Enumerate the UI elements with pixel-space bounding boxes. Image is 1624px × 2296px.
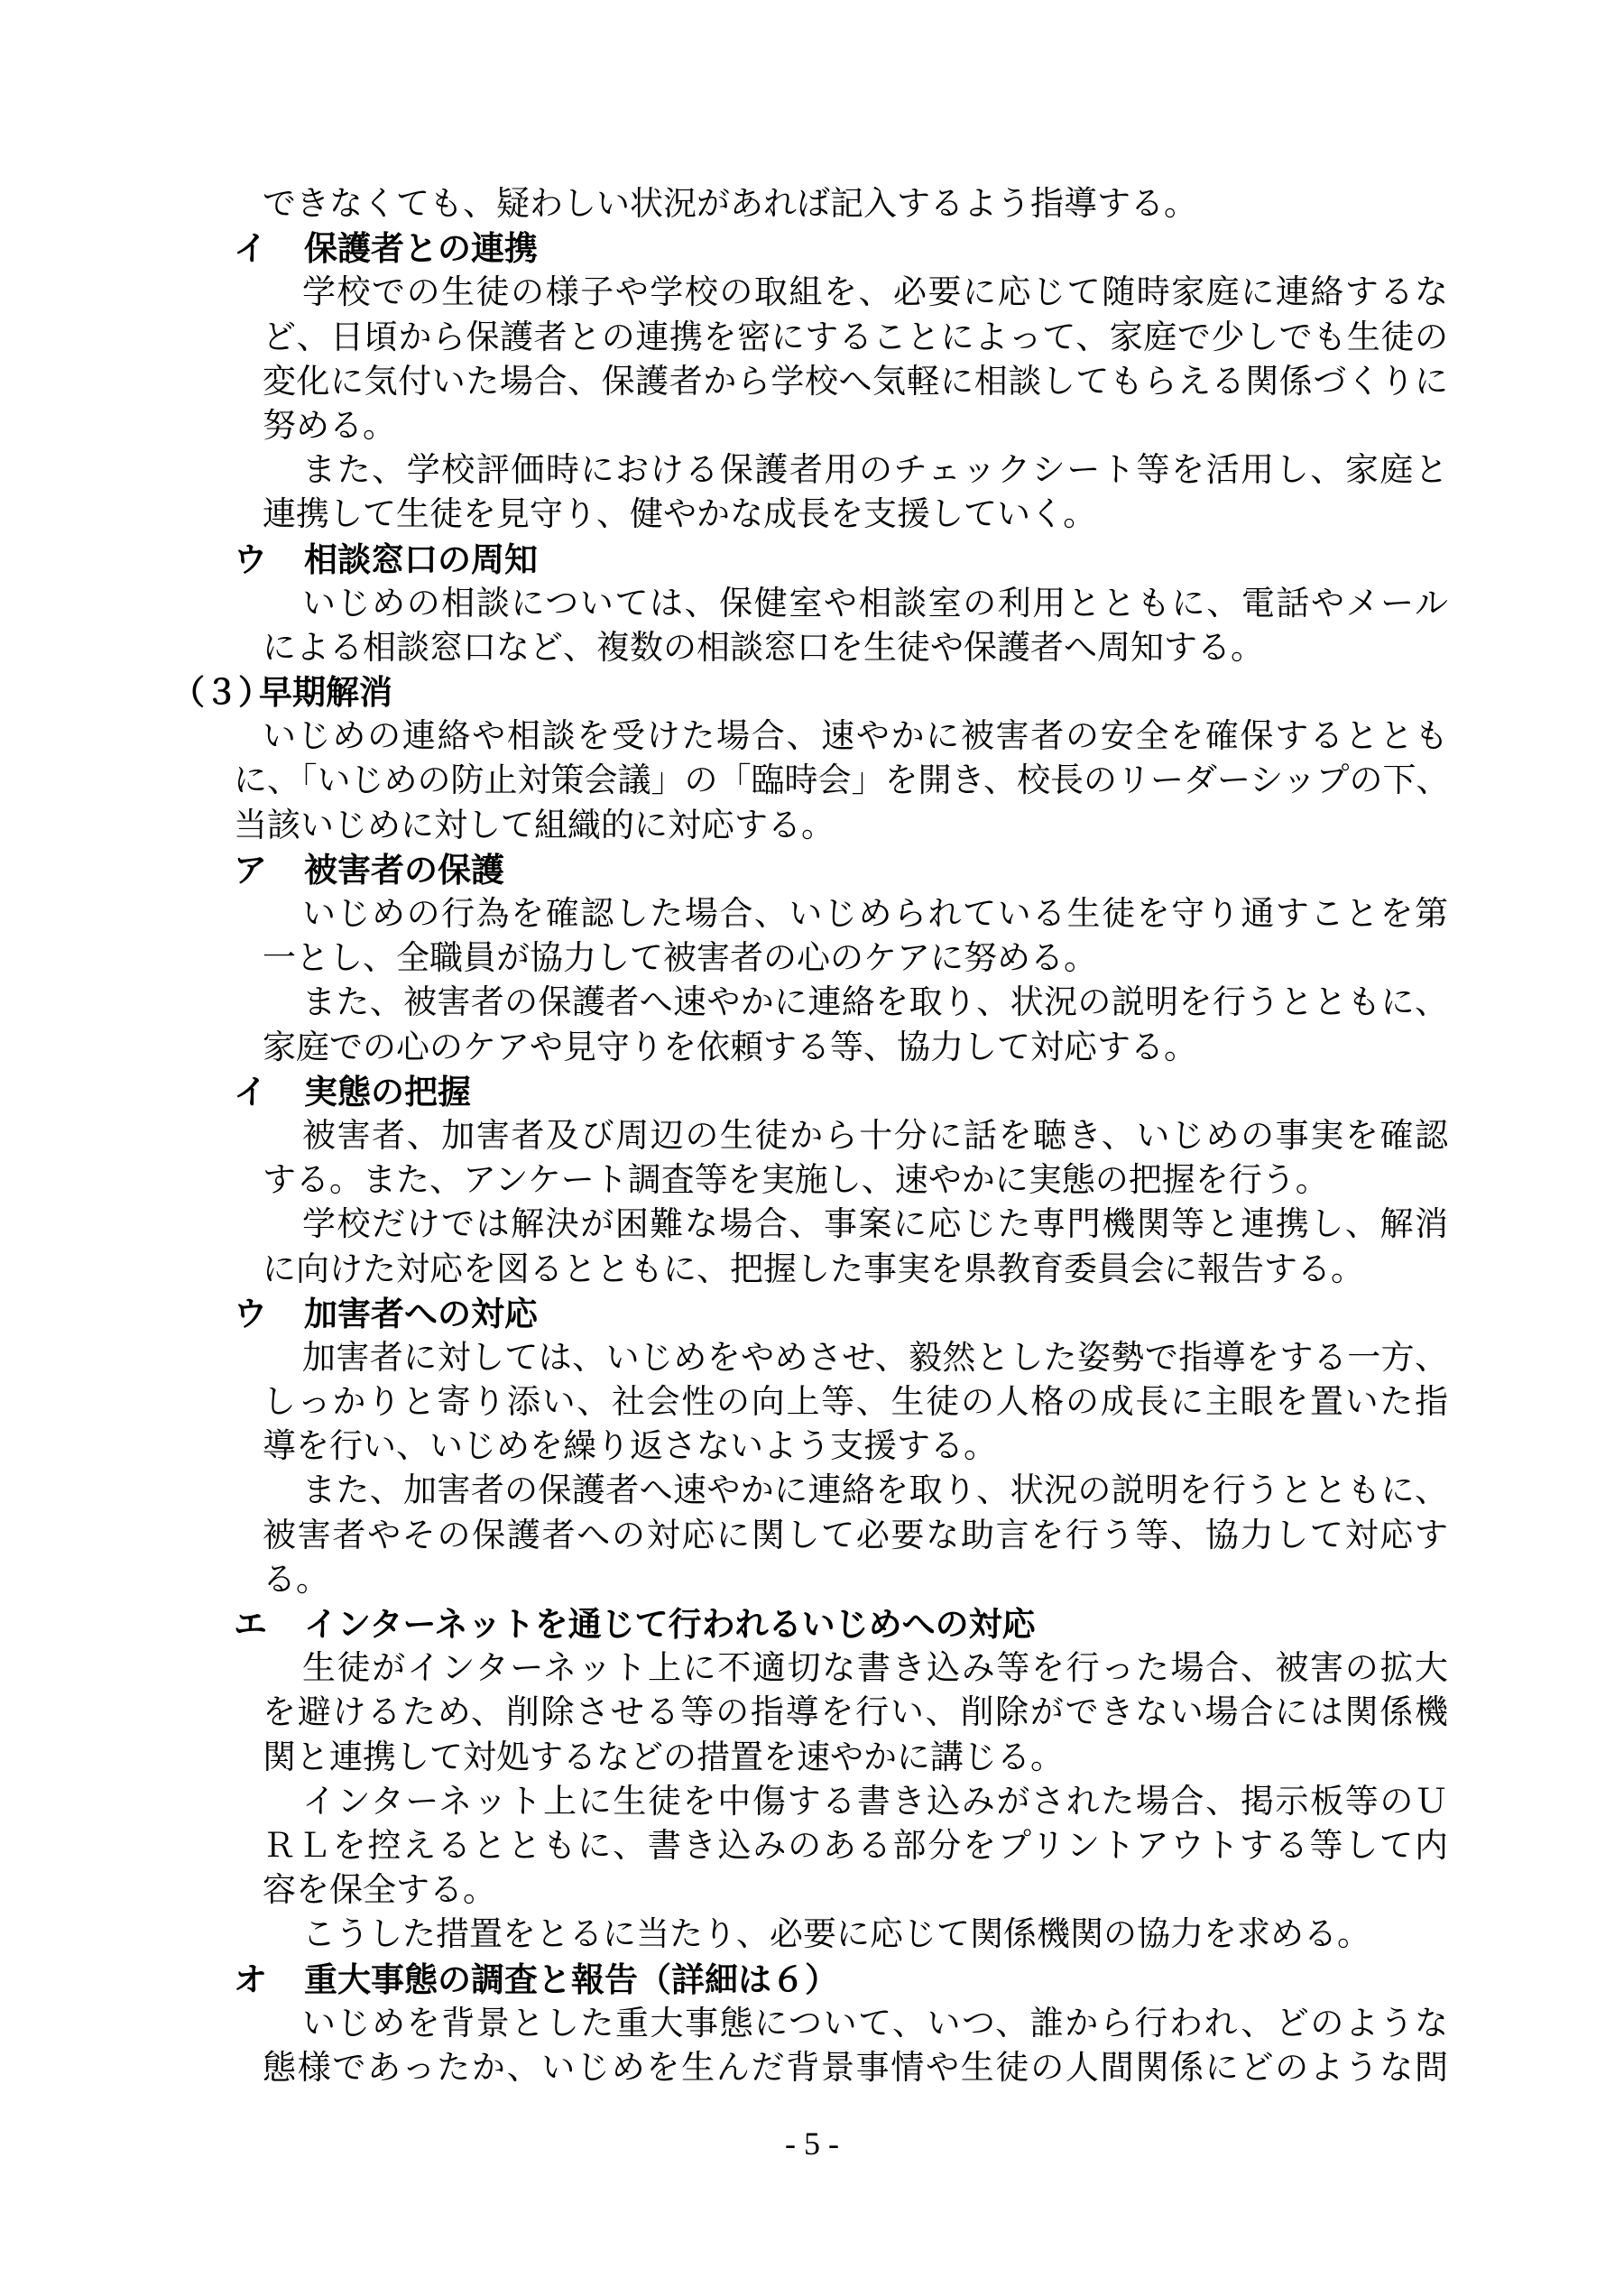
text-line: 学校だけでは解決が困難な場合、事案に応じた専門機関等と連携し、解消: [0, 1203, 1448, 1247]
heading-label: ウ: [234, 1292, 304, 1336]
text-line: 被害者、加害者及び周辺の生徒から十分に話を聴き、いじめの事実を確認: [0, 1114, 1448, 1158]
text-line: 生徒がインターネット上に不適切な書き込み等を行った場合、被害の拡大: [0, 1646, 1448, 1691]
heading-label: ア: [234, 848, 304, 892]
heading-title: 相談窓口の周知: [304, 541, 538, 578]
text-line: 関と連携して対処するなどの措置を速やかに講じる。: [0, 1736, 1448, 1780]
heading-line: ウ加害者への対応: [0, 1292, 1448, 1336]
text-line: いじめを背景とした重大事態について、いつ、誰から行われ、どのような: [0, 2002, 1448, 2046]
heading-line: イ保護者との連携: [0, 226, 1448, 271]
heading-label: エ: [234, 1602, 304, 1646]
page-number: - 5 -: [0, 2122, 1624, 2166]
text-line: に、「いじめの防止対策会議」の「臨時会」を開き、校長のリーダーシップの下、: [0, 759, 1448, 803]
heading-line: ア被害者の保護: [0, 848, 1448, 892]
text-line: に向けた対応を図るとともに、把握した事実を県教育委員会に報告する。: [0, 1248, 1448, 1292]
text-line: による相談窓口など、複数の相談窓口を生徒や保護者へ周知する。: [0, 626, 1448, 670]
document-body: できなくても、疑わしい状況があれば記入するよう指導する。イ保護者との連携学校での…: [0, 182, 1448, 2090]
text-line: ＲＬを控えるとともに、書き込みのある部分をプリントアウトする等して内: [0, 1824, 1448, 1868]
text-line: する。また、アンケート調査等を実施し、速やかに実態の把握を行う。: [0, 1158, 1448, 1203]
document-page: できなくても、疑わしい状況があれば記入するよう指導する。イ保護者との連携学校での…: [0, 0, 1624, 2296]
heading-title: 被害者の保護: [304, 852, 504, 889]
heading-label: イ: [234, 1070, 304, 1114]
heading-title: 早期解消: [259, 674, 392, 711]
heading-title: 重大事態の調査と報告（詳細は６）: [304, 1961, 838, 1998]
heading-title: 実態の把握: [304, 1074, 471, 1111]
text-line: また、加害者の保護者へ速やかに連絡を取り、状況の説明を行うとともに、: [0, 1469, 1448, 1513]
heading-line: エインターネットを通じて行われるいじめへの対応: [0, 1602, 1448, 1646]
text-line: また、被害者の保護者へ速やかに連絡を取り、状況の説明を行うとともに、: [0, 981, 1448, 1025]
heading-label: ウ: [234, 538, 304, 582]
text-line: 容を保全する。: [0, 1868, 1448, 1913]
text-line: できなくても、疑わしい状況があれば記入するよう指導する。: [0, 182, 1448, 226]
heading-line: オ重大事態の調査と報告（詳細は６）: [0, 1958, 1448, 2002]
text-line: 当該いじめに対して組織的に対応する。: [0, 804, 1448, 848]
text-line: 努める。: [0, 404, 1448, 448]
text-line: 加害者に対しては、いじめをやめさせ、毅然とした姿勢で指導をする一方、: [0, 1336, 1448, 1380]
text-line: を避けるため、削除させる等の指導を行い、削除ができない場合には関係機: [0, 1691, 1448, 1735]
heading-title: 保護者との連携: [304, 230, 538, 267]
text-line: 変化に気付いた場合、保護者から学校へ気軽に相談してもらえる関係づくりに: [0, 360, 1448, 404]
text-line: また、学校評価時における保護者用のチェックシート等を活用し、家庭と: [0, 448, 1448, 493]
text-line: いじめの相談については、保健室や相談室の利用とともに、電話やメール: [0, 582, 1448, 626]
text-line: ど、日頃から保護者との連携を密にすることによって、家庭で少しでも生徒の: [0, 316, 1448, 360]
heading-line: （３）早期解消: [0, 670, 1448, 715]
text-line: 被害者やその保護者への対応に関して必要な助言を行う等、協力して対応す: [0, 1514, 1448, 1558]
text-line: こうした措置をとるに当たり、必要に応じて関係機関の協力を求める。: [0, 1913, 1448, 1957]
text-line: しっかりと寄り添い、社会性の向上等、生徒の人格の成長に主眼を置いた指: [0, 1380, 1448, 1425]
text-line: 連携して生徒を見守り、健やかな成長を支援していく。: [0, 493, 1448, 537]
text-line: 家庭での心のケアや見守りを依頼する等、協力して対応する。: [0, 1026, 1448, 1070]
text-line: いじめの行為を確認した場合、いじめられている生徒を守り通すことを第: [0, 892, 1448, 936]
heading-line: イ実態の把握: [0, 1070, 1448, 1114]
heading-title: インターネットを通じて行われるいじめへの対応: [304, 1606, 1036, 1643]
heading-label: （３）: [171, 670, 259, 715]
heading-label: オ: [234, 1958, 304, 2002]
text-line: いじめの連絡や相談を受けた場合、速やかに被害者の安全を確保するととも: [0, 715, 1448, 759]
text-line: る。: [0, 1558, 1448, 1602]
heading-title: 加害者への対応: [304, 1296, 538, 1332]
heading-label: イ: [234, 226, 304, 271]
text-line: 態様であったか、いじめを生んだ背景事情や生徒の人間関係にどのような問: [0, 2046, 1448, 2090]
heading-line: ウ相談窓口の周知: [0, 538, 1448, 582]
text-line: 導を行い、いじめを繰り返さないよう支援する。: [0, 1425, 1448, 1469]
text-line: 一とし、全職員が協力して被害者の心のケアに努める。: [0, 936, 1448, 981]
text-line: インターネット上に生徒を中傷する書き込みがされた場合、掲示板等のＵ: [0, 1780, 1448, 1824]
text-line: 学校での生徒の様子や学校の取組を、必要に応じて随時家庭に連絡するな: [0, 271, 1448, 315]
